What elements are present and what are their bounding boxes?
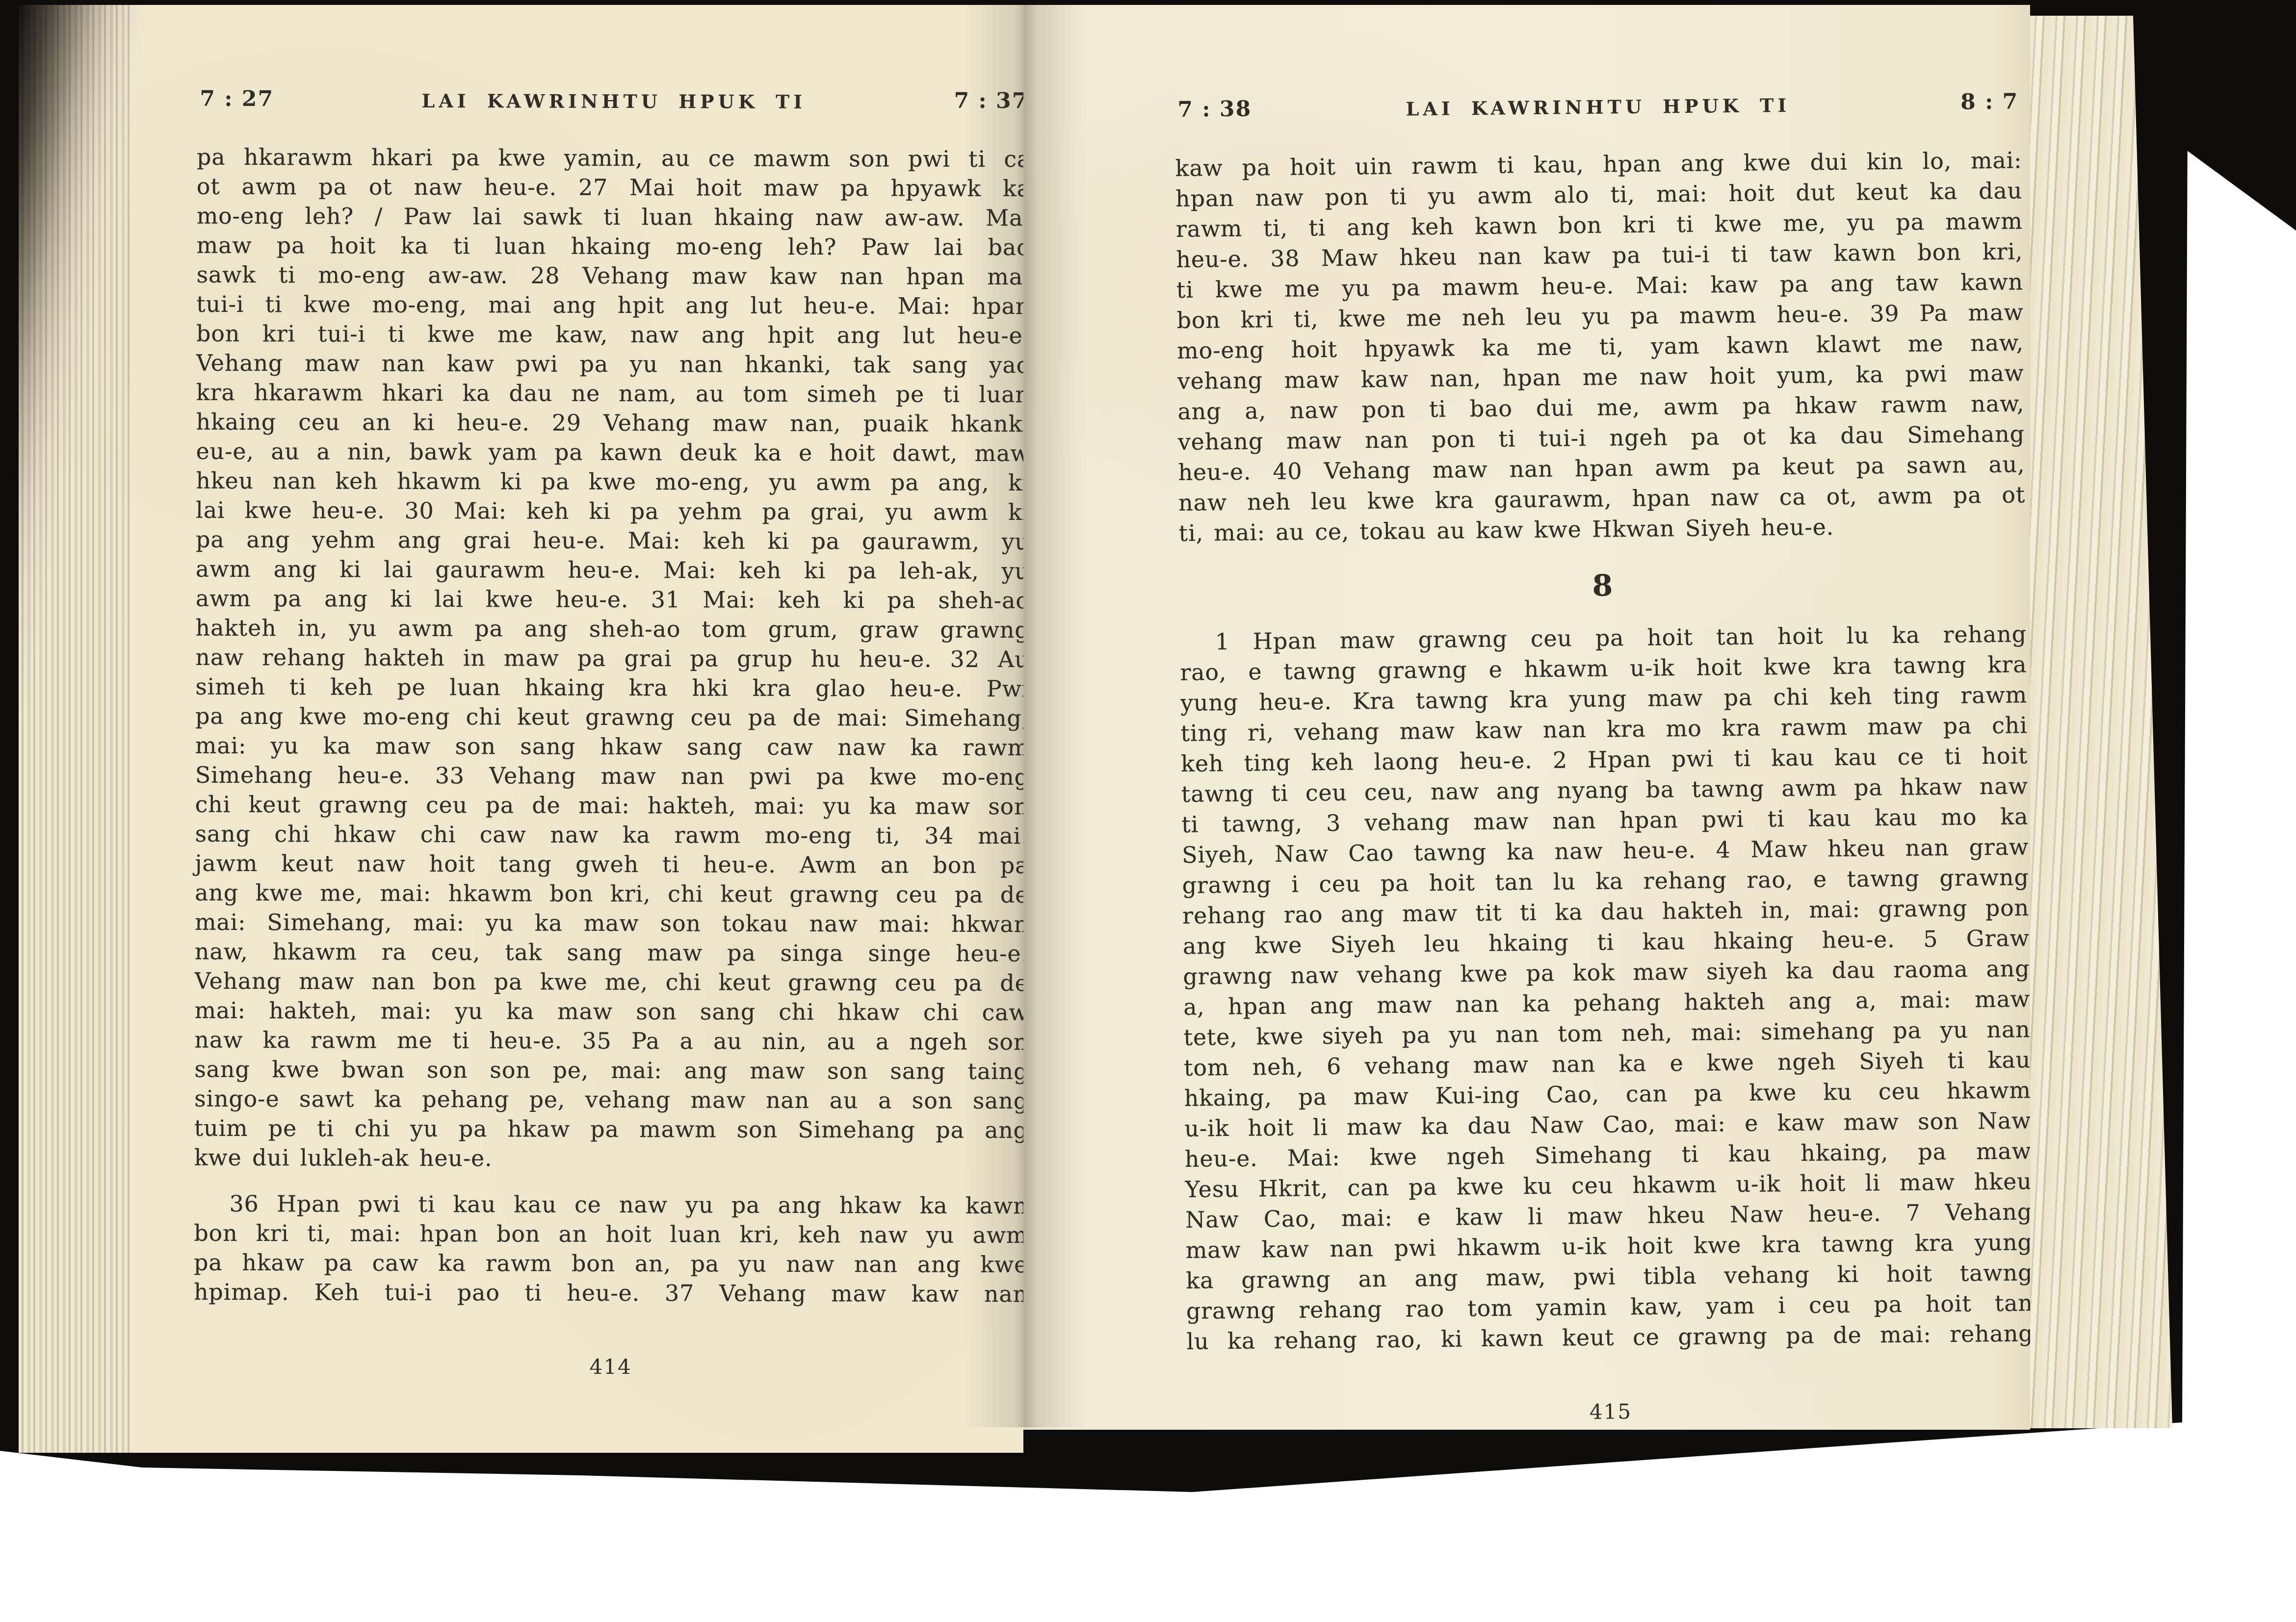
text-line: mai: hakteh, mai: yu ka maw son sang chi…: [194, 996, 1028, 1027]
paragraph: 1 Hpan maw grawng ceu pa hoit tan hoit l…: [1180, 618, 2034, 1356]
text-line: simeh ti keh pe luan hkaing kra hki kra …: [195, 672, 1029, 703]
text-line: tuim pe ti chi yu pa hkaw pa mawm son Si…: [194, 1113, 1028, 1145]
paragraph: pa hkarawm hkari pa kwe yamin, au ce maw…: [194, 142, 1031, 1174]
text-line: ot awm pa ot naw heu-e. 27 Mai hoit maw …: [197, 172, 1031, 203]
text-line: pa ang kwe mo-eng chi keut grawng ceu pa…: [195, 701, 1029, 733]
text-line: Vehang maw nan bon pa kwe me, chi keut g…: [195, 966, 1029, 998]
text-line: bon kri ti, mai: hpan bon an hoit luan k…: [194, 1218, 1028, 1250]
text-line: naw, hkawm ra ceu, tak sang maw pa singa…: [195, 937, 1029, 968]
text-line: pa hkaw pa caw ka rawm bon an, pa yu naw…: [194, 1248, 1028, 1279]
text-line: hakteh in, yu awm pa ang sheh-ao tom gru…: [195, 613, 1029, 644]
text-line: sang chi hkaw chi caw naw ka rawm mo-eng…: [195, 819, 1029, 850]
text-line: 36 Hpan pwi ti kau kau ce naw yu pa ang …: [194, 1189, 1028, 1220]
right-page-content: 7 : 38 LAI KAWRINHTU HPUK TI 8 : 7 kaw p…: [1174, 80, 2034, 1427]
text-line: naw ka rawm me ti heu-e. 35 Pa a au nin,…: [194, 1025, 1028, 1056]
text-line: hkeu nan keh hkawm ki pa kwe mo-eng, yu …: [196, 466, 1030, 497]
left-header-verse-ref-end: 7 : 37: [954, 88, 1028, 113]
paragraph: 36 Hpan pwi ti kau kau ce naw yu pa ang …: [194, 1189, 1028, 1309]
left-page: 7 : 27 LAI KAWRINHTU HPUK TI 7 : 37 pa h…: [19, 5, 1023, 1453]
text-line: pa hkarawm hkari pa kwe yamin, au ce maw…: [197, 142, 1031, 174]
text-line: Vehang maw nan kaw pwi pa yu nan hkanki,…: [196, 348, 1030, 380]
left-page-number: 414: [194, 1354, 1028, 1380]
left-page-content: 7 : 27 LAI KAWRINHTU HPUK TI 7 : 37 pa h…: [194, 77, 1031, 1380]
text-line: sawk ti mo-eng aw-aw. 28 Vehang maw kaw …: [196, 260, 1030, 291]
text-line: jawm keut naw hoit tang gweh ti heu-e. A…: [195, 849, 1029, 880]
text-line: naw rehang hakteh in maw pa grai pa grup…: [195, 643, 1029, 674]
right-header-book-title: LAI KAWRINHTU HPUK TI: [1174, 92, 2021, 122]
text-line: sang kwe bwan son son pe, mai: ang maw s…: [194, 1055, 1028, 1086]
paragraph: kaw pa hoit uin rawm ti kau, hpan ang kw…: [1175, 145, 2026, 548]
text-line: hkaing ceu an ki heu-e. 29 Vehang maw na…: [196, 407, 1030, 438]
text-line: chi keut grawng ceu pa de mai: hakteh, m…: [195, 790, 1029, 821]
text-line: lai kwe heu-e. 30 Mai: keh ki pa yehm pa…: [196, 495, 1030, 527]
text-line: mai: yu ka maw son sang hkaw sang caw na…: [195, 731, 1029, 762]
text-line: eu-e, au a nin, bawk yam pa kawn deuk ka…: [196, 437, 1030, 468]
left-running-head: 7 : 27 LAI KAWRINHTU HPUK TI 7 : 37: [197, 77, 1031, 138]
chapter-number: 8: [1179, 565, 2026, 607]
text-line: awm pa ang ki lai kwe heu-e. 31 Mai: keh…: [196, 584, 1030, 615]
right-page-number: 415: [1187, 1395, 2034, 1428]
text-line: tui-i ti kwe mo-eng, mai ang hpit ang lu…: [196, 289, 1030, 321]
right-page-body: kaw pa hoit uin rawm ti kau, hpan ang kw…: [1175, 145, 2033, 1356]
text-line: kwe dui lukleh-ak heu-e.: [194, 1143, 1028, 1174]
text-line: hpimap. Keh tui-i pao ti heu-e. 37 Vehan…: [194, 1277, 1028, 1309]
text-line: Simehang heu-e. 33 Vehang maw nan pwi pa…: [195, 760, 1029, 792]
text-line: ang kwe me, mai: hkawm bon kri, chi keut…: [195, 878, 1029, 909]
text-line: kra hkarawm hkari ka dau ne nam, au tom …: [196, 378, 1030, 409]
right-header-verse-ref-end: 8 : 7: [1960, 89, 2019, 114]
text-line: mo-eng leh? / Paw lai sawk ti luan hkain…: [197, 201, 1031, 232]
book-scan: 7 : 27 LAI KAWRINHTU HPUK TI 7 : 37 pa h…: [0, 0, 2296, 1622]
text-line: awm ang ki lai gaurawm heu-e. Mai: keh k…: [196, 554, 1030, 586]
right-page: 7 : 38 LAI KAWRINHTU HPUK TI 8 : 7 kaw p…: [1023, 5, 2030, 1430]
right-running-head: 7 : 38 LAI KAWRINHTU HPUK TI 8 : 7: [1174, 80, 2022, 147]
left-header-book-title: LAI KAWRINHTU HPUK TI: [197, 89, 1031, 113]
text-line: mai: Simehang, mai: yu ka maw son tokau …: [195, 907, 1029, 939]
text-line: maw pa hoit ka ti luan hkaing mo-eng leh…: [196, 231, 1030, 262]
left-page-body: pa hkarawm hkari pa kwe yamin, au ce maw…: [194, 142, 1031, 1309]
text-line: pa ang yehm ang grai heu-e. Mai: keh ki …: [196, 525, 1030, 556]
text-line: singo-e sawt ka pehang pe, vehang maw na…: [194, 1084, 1028, 1115]
text-line: bon kri tui-i ti kwe me kaw, naw ang hpi…: [196, 319, 1030, 350]
